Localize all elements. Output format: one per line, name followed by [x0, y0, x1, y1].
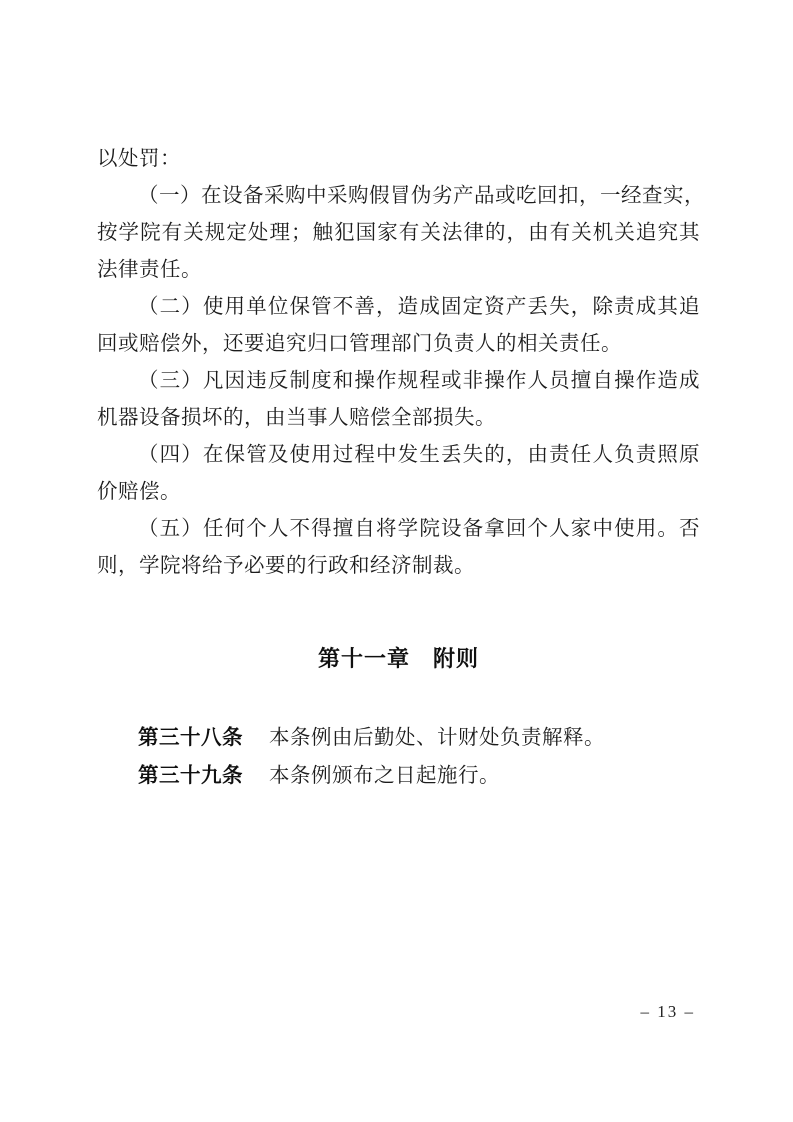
- article: 第三十九条本条例颁布之日起施行。: [97, 757, 700, 795]
- article-number: 第三十九条: [138, 764, 243, 787]
- body-line: （二）使用单位保管不善，造成固定资产丢失，除责成其追: [97, 289, 700, 326]
- document-body: 以处罚： （一）在设备采购中采购假冒伪劣产品或吃回扣，一经查实， 按学院有关规定…: [97, 141, 700, 585]
- body-line: （三）凡因违反制度和操作规程或非操作人员擅自操作造成: [97, 363, 700, 400]
- body-line: 价赔偿。: [97, 474, 700, 511]
- chapter-heading: 第十一章 附则: [97, 640, 700, 677]
- body-line: 则，学院将给予必要的行政和经济制裁。: [97, 548, 700, 585]
- body-line: 回或赔偿外，还要追究归口管理部门负责人的相关责任。: [97, 326, 700, 363]
- body-line: （五）任何个人不得擅自将学院设备拿回个人家中使用。否: [97, 511, 700, 548]
- article-text: 本条例由后勤处、计财处负责解释。: [269, 727, 605, 749]
- document-page: 以处罚： （一）在设备采购中采购假冒伪劣产品或吃回扣，一经查实， 按学院有关规定…: [0, 0, 793, 1122]
- article-text: 本条例颁布之日起施行。: [269, 765, 500, 787]
- body-line: （四）在保管及使用过程中发生丢失的，由责任人负责照原: [97, 437, 700, 474]
- article: 第三十八条本条例由后勤处、计财处负责解释。: [97, 719, 700, 757]
- article-number: 第三十八条: [138, 726, 243, 749]
- body-line: 按学院有关规定处理；触犯国家有关法律的，由有关机关追究其: [97, 215, 700, 252]
- page-number: – 13 –: [641, 1001, 696, 1023]
- body-line: 机器设备损坏的，由当事人赔偿全部损失。: [97, 400, 700, 437]
- body-line: 以处罚：: [97, 141, 700, 178]
- body-line: （一）在设备采购中采购假冒伪劣产品或吃回扣，一经查实，: [97, 178, 700, 215]
- articles-section: 第三十八条本条例由后勤处、计财处负责解释。 第三十九条本条例颁布之日起施行。: [97, 719, 700, 795]
- body-line: 法律责任。: [97, 252, 700, 289]
